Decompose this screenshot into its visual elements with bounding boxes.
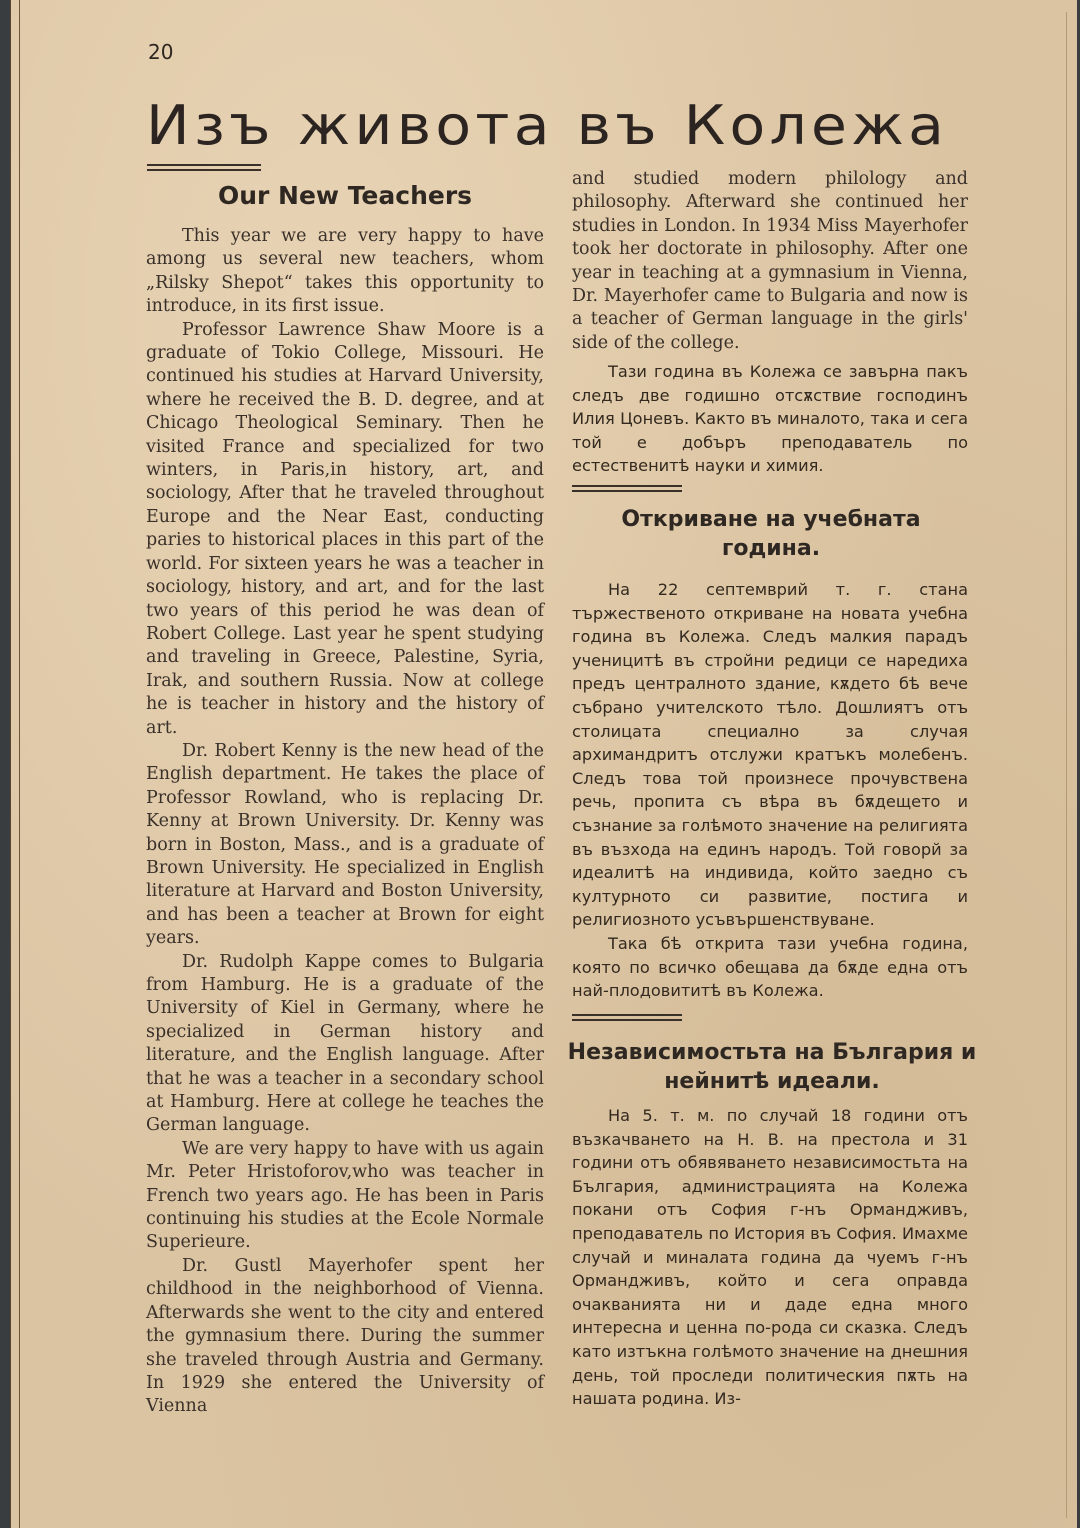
independence-text: На 5. т. м. по случай 18 години отъ възк… bbox=[572, 1104, 968, 1411]
section-divider bbox=[572, 1014, 682, 1021]
page-title: Изъ живота въ Колежа bbox=[146, 94, 1042, 158]
paragraph: Така бѣ открита тази учебна година, коят… bbox=[572, 932, 968, 1003]
paragraph: This year we are very happy to have amon… bbox=[146, 225, 544, 319]
paragraph: Тази година въ Колежа се завърна пакъ сл… bbox=[572, 360, 968, 478]
paragraph: We are very happy to have with us again … bbox=[146, 1138, 544, 1255]
school-opening-text: На 22 септемврий т. г. стана тържествено… bbox=[572, 578, 968, 1003]
section-heading-school-opening: Откриване на учебната година. bbox=[591, 505, 951, 563]
paragraph: Dr. Rudolph Kappe comes to Bulgaria from… bbox=[146, 951, 544, 1138]
paragraph: На 5. т. м. по случай 18 години отъ възк… bbox=[572, 1104, 968, 1411]
magazine-page: 20 Изъ живота въ Колежа Our New Teachers… bbox=[10, 0, 1077, 1528]
title-divider bbox=[147, 164, 261, 171]
section-divider bbox=[572, 485, 682, 492]
paragraph: and studied modern philology and philoso… bbox=[572, 168, 968, 355]
paragraph: Dr. Robert Kenny is the new head of the … bbox=[146, 740, 544, 951]
paragraph: На 22 септемврий т. г. стана тържествено… bbox=[572, 578, 968, 932]
section-heading-independence: Независимостьта на България и нейнитѣ ид… bbox=[567, 1038, 977, 1096]
page-number: 20 bbox=[148, 40, 173, 64]
right-column-continuation: and studied modern philology and philoso… bbox=[572, 168, 968, 355]
paragraph: Dr. Gustl Mayerhofer spent her childhood… bbox=[146, 1255, 544, 1419]
paragraph: Professor Lawrence Shaw Moore is a gradu… bbox=[146, 319, 544, 740]
left-column-text: This year we are very happy to have amon… bbox=[146, 225, 544, 1419]
note-paragraph: Тази година въ Колежа се завърна пакъ сл… bbox=[572, 360, 968, 478]
section-heading-our-new-teachers: Our New Teachers bbox=[147, 180, 543, 212]
